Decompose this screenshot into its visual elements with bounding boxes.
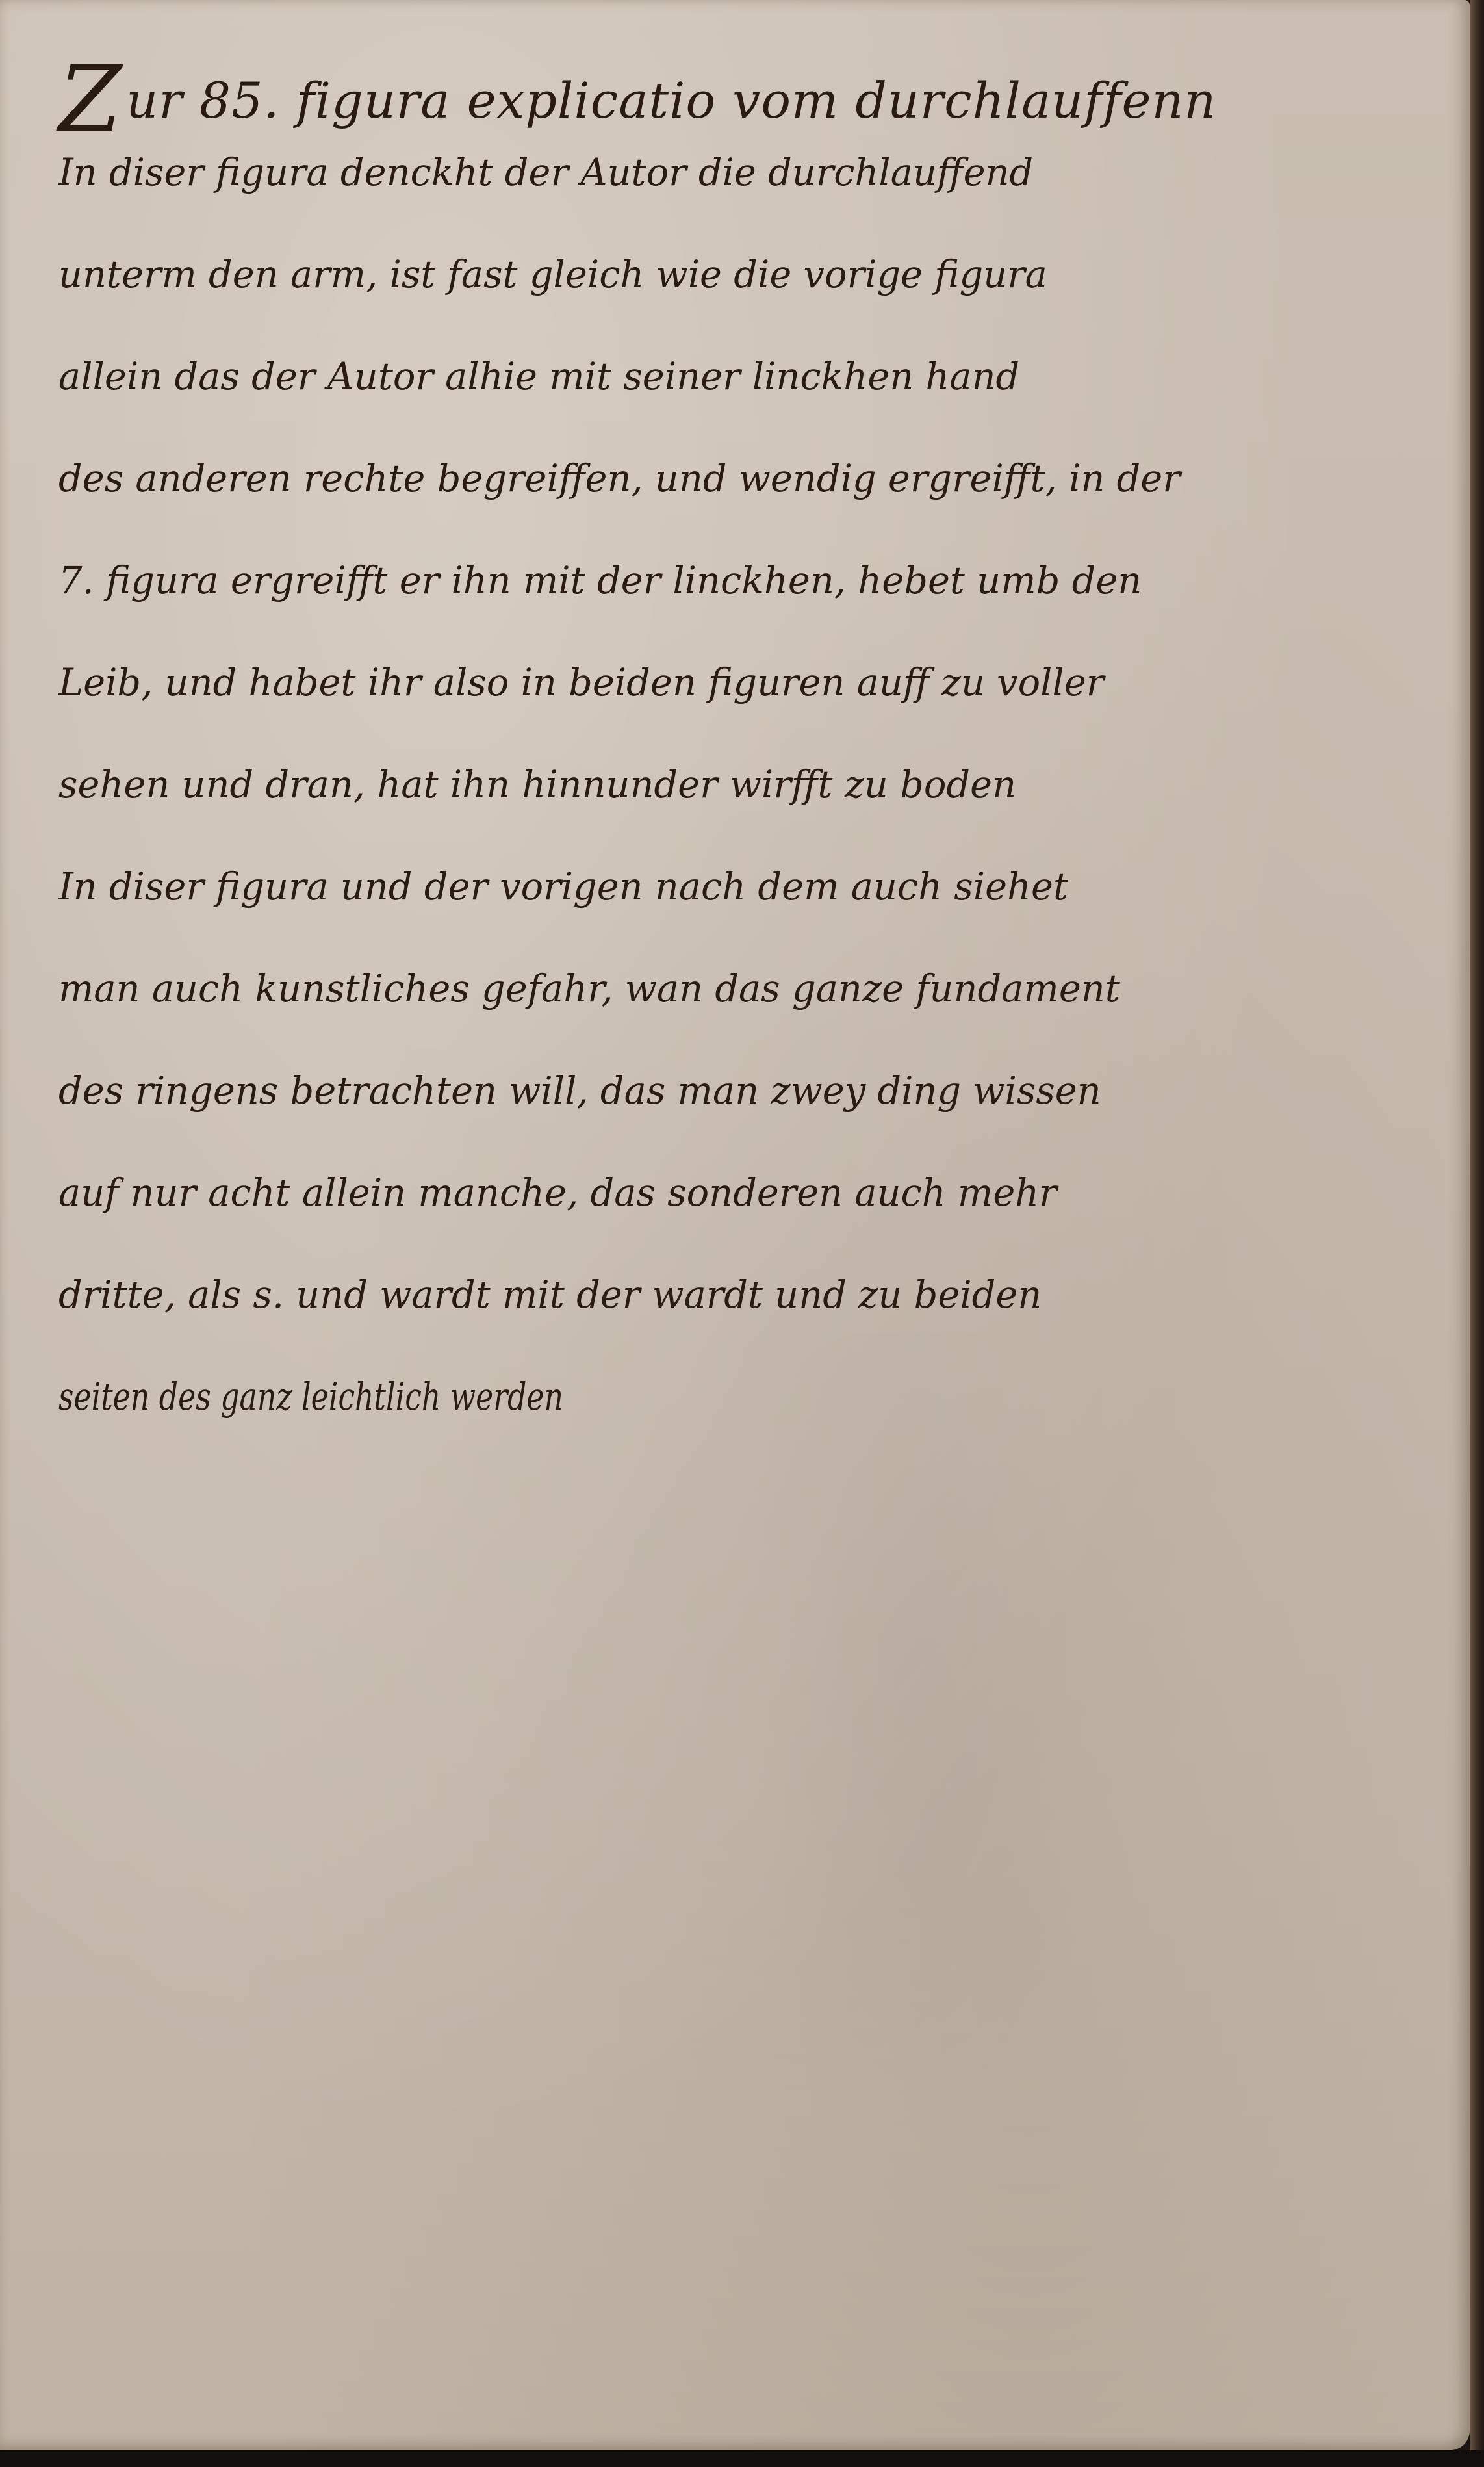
- manuscript-page: Zur 85. figura explicatio vom durchlauff…: [0, 0, 1470, 2450]
- text-line-6: Leib, und habet ihr also in beiden figur…: [58, 656, 1280, 708]
- heading-text: ur 85. figura explicatio vom durchlauffe…: [126, 71, 1216, 129]
- book-fore-edge: [1470, 0, 1484, 2467]
- text-line-1: In diser figura denckht der Autor die du…: [58, 146, 1280, 198]
- text-line-5: 7. figura ergreifft er ihn mit der linck…: [58, 554, 1280, 606]
- manuscript-text: Zur 85. figura explicatio vom durchlauff…: [58, 62, 1293, 1473]
- text-line-9: man auch kunstliches gefahr, wan das gan…: [58, 962, 1280, 1014]
- text-line-11: auf nur acht allein manche, das sonderen…: [58, 1167, 1280, 1219]
- text-line-8: In diser figura und der vorigen nach dem…: [58, 860, 1280, 912]
- text-line-3: allein das der Autor alhie mit seiner li…: [58, 350, 1280, 402]
- decorated-initial: Z: [58, 47, 122, 153]
- text-line-13: seiten des ganz leichtlich werden: [58, 1371, 1033, 1423]
- page-heading: Zur 85. figura explicatio vom durchlauff…: [58, 62, 1293, 146]
- text-line-10: des ringens betrachten will, das man zwe…: [58, 1065, 1280, 1117]
- scan-background-bottom: [0, 2450, 1484, 2467]
- text-line-7: sehen und dran, hat ihn hinnunder wirfft…: [58, 758, 1280, 810]
- text-line-2: unterm den arm, ist fast gleich wie die …: [58, 248, 1280, 300]
- text-line-12: dritte, als s. und wardt mit der wardt u…: [58, 1269, 1280, 1321]
- text-line-4: des anderen rechte begreiffen, und wendi…: [58, 452, 1280, 504]
